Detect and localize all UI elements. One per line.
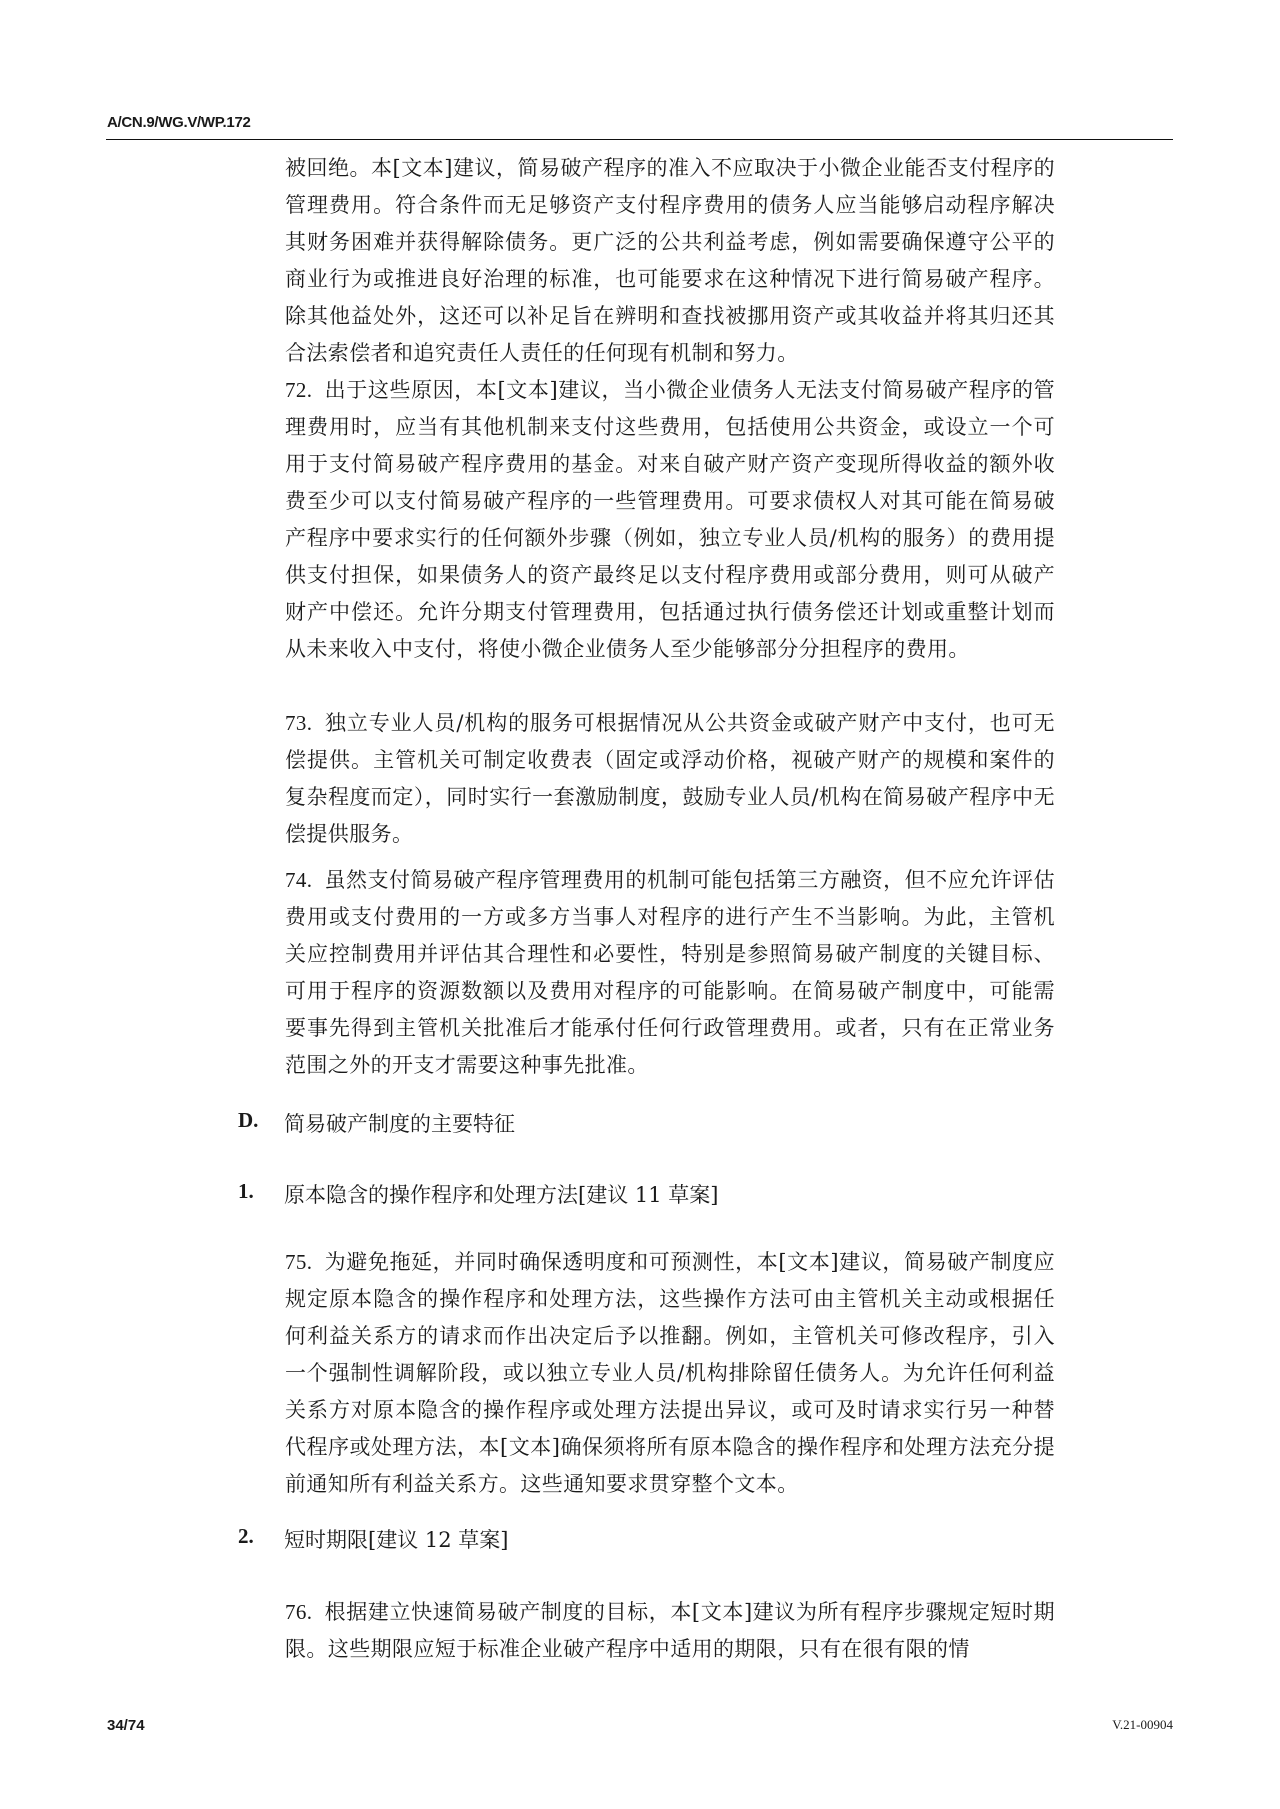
heading-title: 短时期限[建议 12 草案] <box>284 1524 508 1554</box>
paragraph-text: 根据建立快速简易破产制度的目标，本[文本]建议为所有程序步骤规定短时期限。这些期… <box>285 1600 1055 1661</box>
heading-number: D. <box>238 1108 258 1133</box>
paragraph-number: 73. <box>285 711 312 735</box>
heading-title: 简易破产制度的主要特征 <box>284 1108 515 1138</box>
paragraph-74: 74.虽然支付简易破产程序管理费用的机制可能包括第三方融资，但不应允许评估费用或… <box>285 862 1055 1084</box>
paragraph-75: 75.为避免拖延，并同时确保透明度和可预测性，本[文本]建议，简易破产制度应规定… <box>285 1244 1055 1503</box>
paragraph-text: 出于这些原因，本[文本]建议，当小微企业债务人无法支付简易破产程序的管理费用时，… <box>285 378 1055 661</box>
page-number: 34/74 <box>107 1717 145 1734</box>
paragraph-73: 73.独立专业人员/机构的服务可根据情况从公共资金或破产财产中支付，也可无偿提供… <box>285 705 1055 853</box>
heading-number: 2. <box>238 1524 254 1549</box>
paragraph-text: 被回绝。本[文本]建议，简易破产程序的准入不应取决于小微企业能否支付程序的管理费… <box>285 156 1055 365</box>
paragraph-number: 72. <box>285 378 312 402</box>
paragraph-number: 75. <box>285 1250 312 1274</box>
paragraph-text: 虽然支付简易破产程序管理费用的机制可能包括第三方融资，但不应允许评估费用或支付费… <box>285 868 1055 1077</box>
document-id: V.21-00904 <box>1112 1717 1173 1733</box>
paragraph-text: 为避免拖延，并同时确保透明度和可预测性，本[文本]建议，简易破产制度应规定原本隐… <box>285 1250 1055 1496</box>
paragraph-71-continued: 被回绝。本[文本]建议，简易破产程序的准入不应取决于小微企业能否支付程序的管理费… <box>285 150 1055 372</box>
paragraph-text: 独立专业人员/机构的服务可根据情况从公共资金或破产财产中支付，也可无偿提供。主管… <box>285 711 1055 846</box>
paragraph-number: 74. <box>285 868 312 892</box>
paragraph-72: 72.出于这些原因，本[文本]建议，当小微企业债务人无法支付简易破产程序的管理费… <box>285 372 1055 668</box>
heading-number: 1. <box>238 1179 254 1204</box>
header-divider <box>106 139 1173 140</box>
paragraph-number: 76. <box>285 1600 312 1624</box>
heading-title: 原本隐含的操作程序和处理方法[建议 11 草案] <box>284 1179 718 1209</box>
paragraph-76: 76.根据建立快速简易破产制度的目标，本[文本]建议为所有程序步骤规定短时期限。… <box>285 1594 1055 1668</box>
document-symbol: A/CN.9/WG.V/WP.172 <box>107 114 251 131</box>
